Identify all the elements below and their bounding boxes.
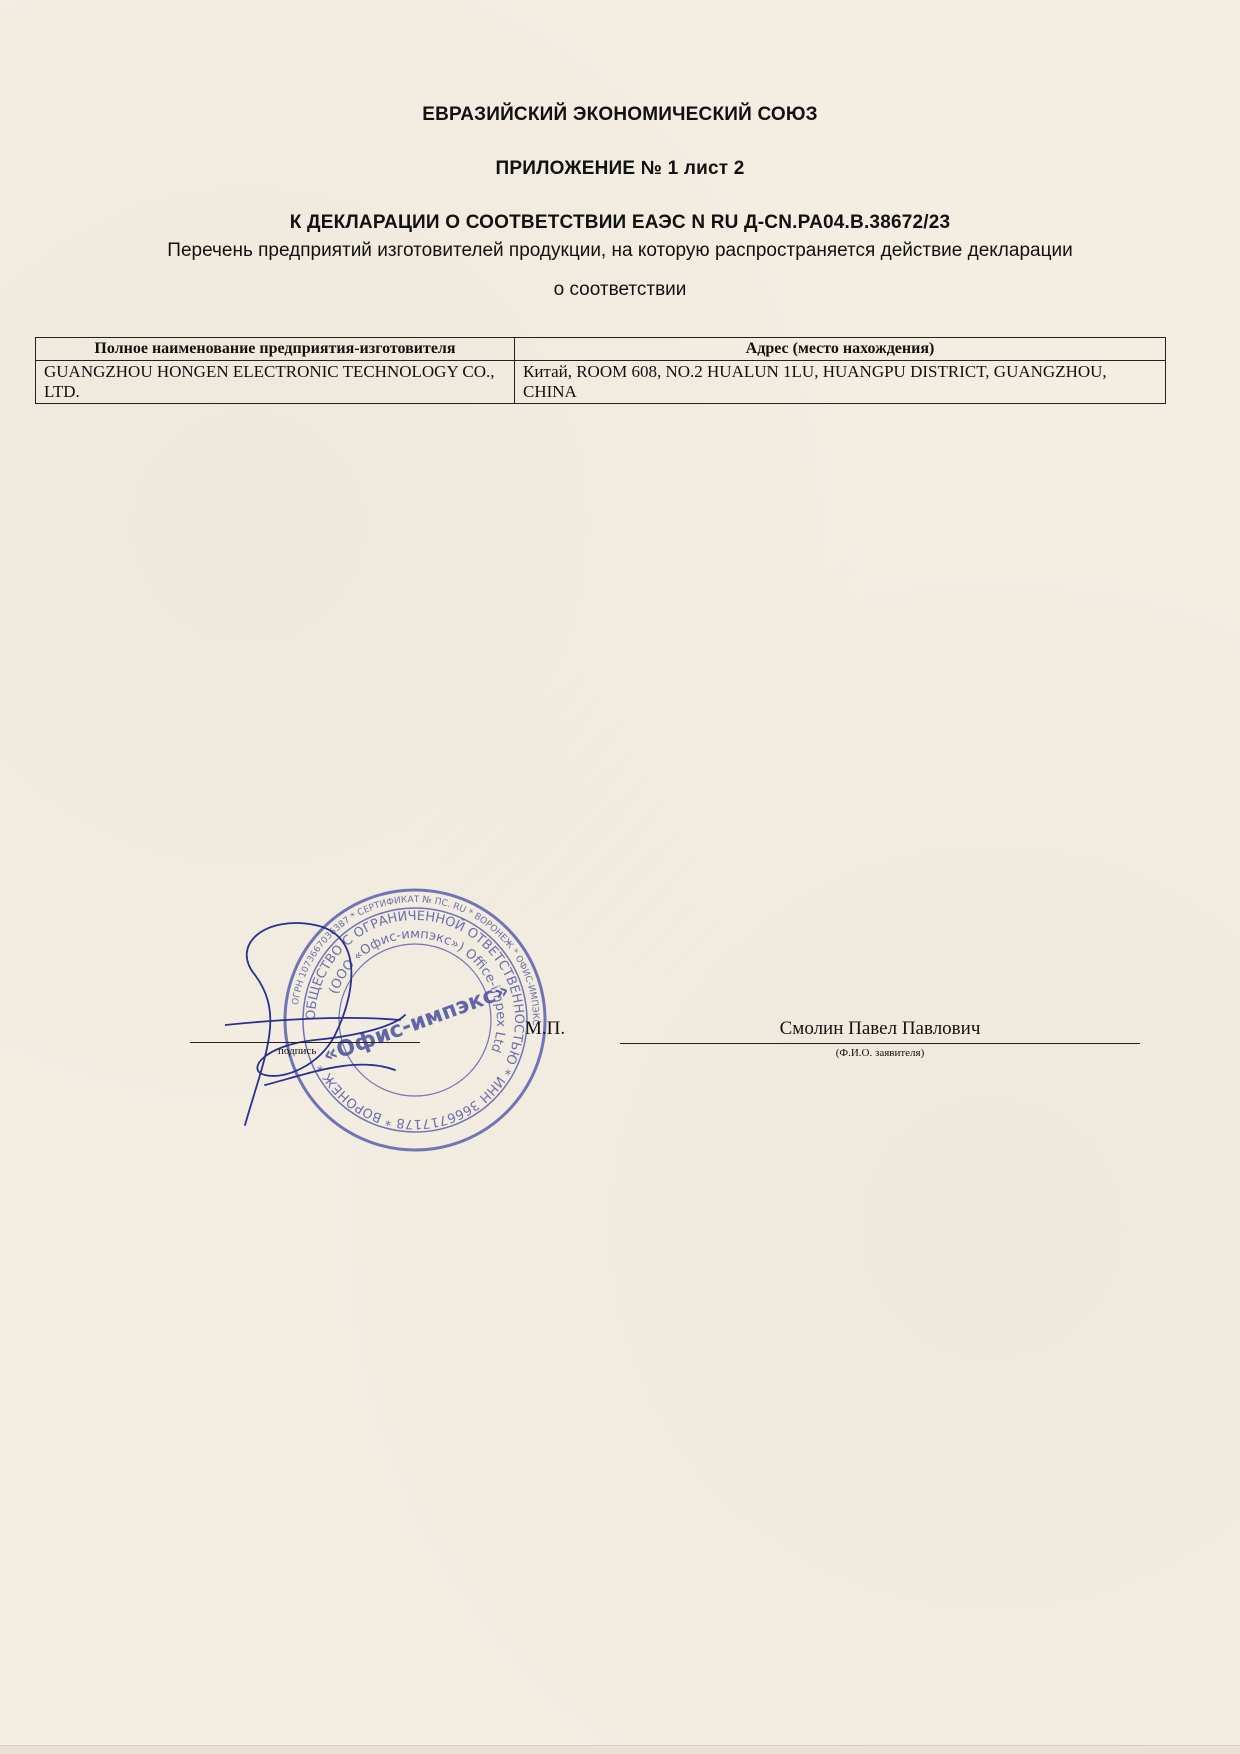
- union-title: ЕВРАЗИЙСКИЙ ЭКОНОМИЧЕСКИЙ СОЮЗ: [0, 104, 1240, 126]
- manufacturers-table: Полное наименование предприятия-изготови…: [35, 337, 1166, 404]
- applicant-name: Смолин Павел Павлович: [620, 1018, 1140, 1040]
- signature-label: подпись: [278, 1045, 316, 1057]
- applicant-label: (Ф.И.О. заявителя): [620, 1047, 1140, 1059]
- description-line-2: о соответствии: [0, 279, 1240, 301]
- seal-label: М.П.: [525, 1018, 565, 1040]
- manufacturer-name-cell: GUANGZHOU HONGEN ELECTRONIC TECHNOLOGY C…: [36, 361, 515, 404]
- table-row: GUANGZHOU HONGEN ELECTRONIC TECHNOLOGY C…: [36, 361, 1166, 404]
- declaration-title: К ДЕКЛАРАЦИИ О СООТВЕТСТВИИ ЕАЭС N RU Д-…: [0, 212, 1240, 234]
- applicant-name-line: [620, 1043, 1140, 1044]
- appendix-title: ПРИЛОЖЕНИЕ № 1 лист 2: [0, 158, 1240, 180]
- header-manufacturer-name: Полное наименование предприятия-изготови…: [36, 338, 515, 361]
- description-line-1: Перечень предприятий изготовителей проду…: [0, 240, 1240, 262]
- manufacturer-address-cell: Китай, ROOM 608, NO.2 HUALUN 1LU, HUANGP…: [515, 361, 1166, 404]
- table-header-row: Полное наименование предприятия-изготови…: [36, 338, 1166, 361]
- header-address: Адрес (место нахождения): [515, 338, 1166, 361]
- signature-scribble: [225, 905, 415, 1130]
- page-bottom-edge: [0, 1745, 1240, 1754]
- signature-line: [190, 1042, 420, 1043]
